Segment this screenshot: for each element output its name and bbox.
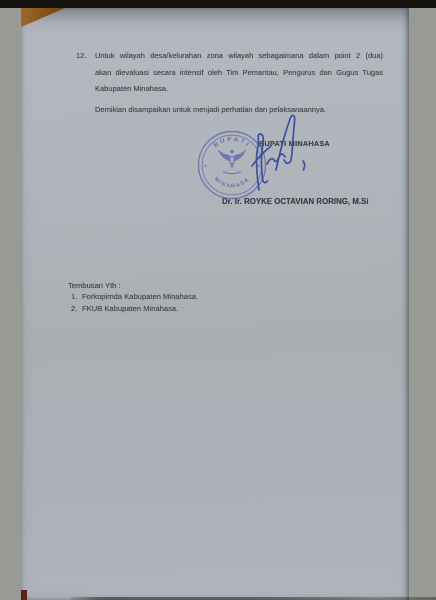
signature-stroke-vertical (256, 134, 267, 190)
item-text-line-2: akan dievaluasi secara intensif oleh Tim… (95, 65, 383, 82)
table-wood-sliver (21, 590, 27, 600)
handwritten-signature (240, 108, 320, 208)
photo-background: 12. Untuk wilayah desa/kelurahan zona wi… (0, 0, 436, 600)
copies-header: Tembusan Yth : (68, 280, 198, 291)
document-page: 12. Untuk wilayah desa/kelurahan zona wi… (21, 8, 409, 600)
copies-item-number: 2. (71, 303, 82, 314)
copies-list: Tembusan Yth : 1.Forkopimda Kabupaten Mi… (68, 280, 198, 314)
signatory-name: Dr. Ir. ROYKE OCTAVIAN RORING, M.Si (222, 197, 369, 206)
item-text: Untuk wilayah desa/kelurahan zona wilaya… (95, 48, 383, 98)
copies-item-number: 1. (71, 291, 82, 302)
signature-stroke-scribble (267, 154, 285, 164)
copies-item: 1.Forkopimda Kabupaten Minahasa. (68, 291, 198, 302)
stamp-left-star-icon: ✶ (203, 164, 207, 170)
item-text-line-3: Kabupaten Minahasa. (95, 81, 383, 98)
item-text-line-1: Untuk wilayah desa/kelurahan zona wilaya… (95, 48, 383, 65)
photo-dark-top-edge (0, 0, 436, 8)
copies-item-text: FKUB Kabupaten Minahasa. (82, 304, 178, 313)
signature-stroke-comma (303, 161, 305, 170)
signature-stroke-flourish (276, 115, 295, 170)
copies-item: 2.FKUB Kabupaten Minahasa. (68, 303, 198, 314)
item-number: 12. (76, 48, 95, 98)
numbered-paragraph: 12. Untuk wilayah desa/kelurahan zona wi… (76, 48, 383, 98)
copies-item-text: Forkopimda Kabupaten Minahasa. (82, 292, 198, 301)
